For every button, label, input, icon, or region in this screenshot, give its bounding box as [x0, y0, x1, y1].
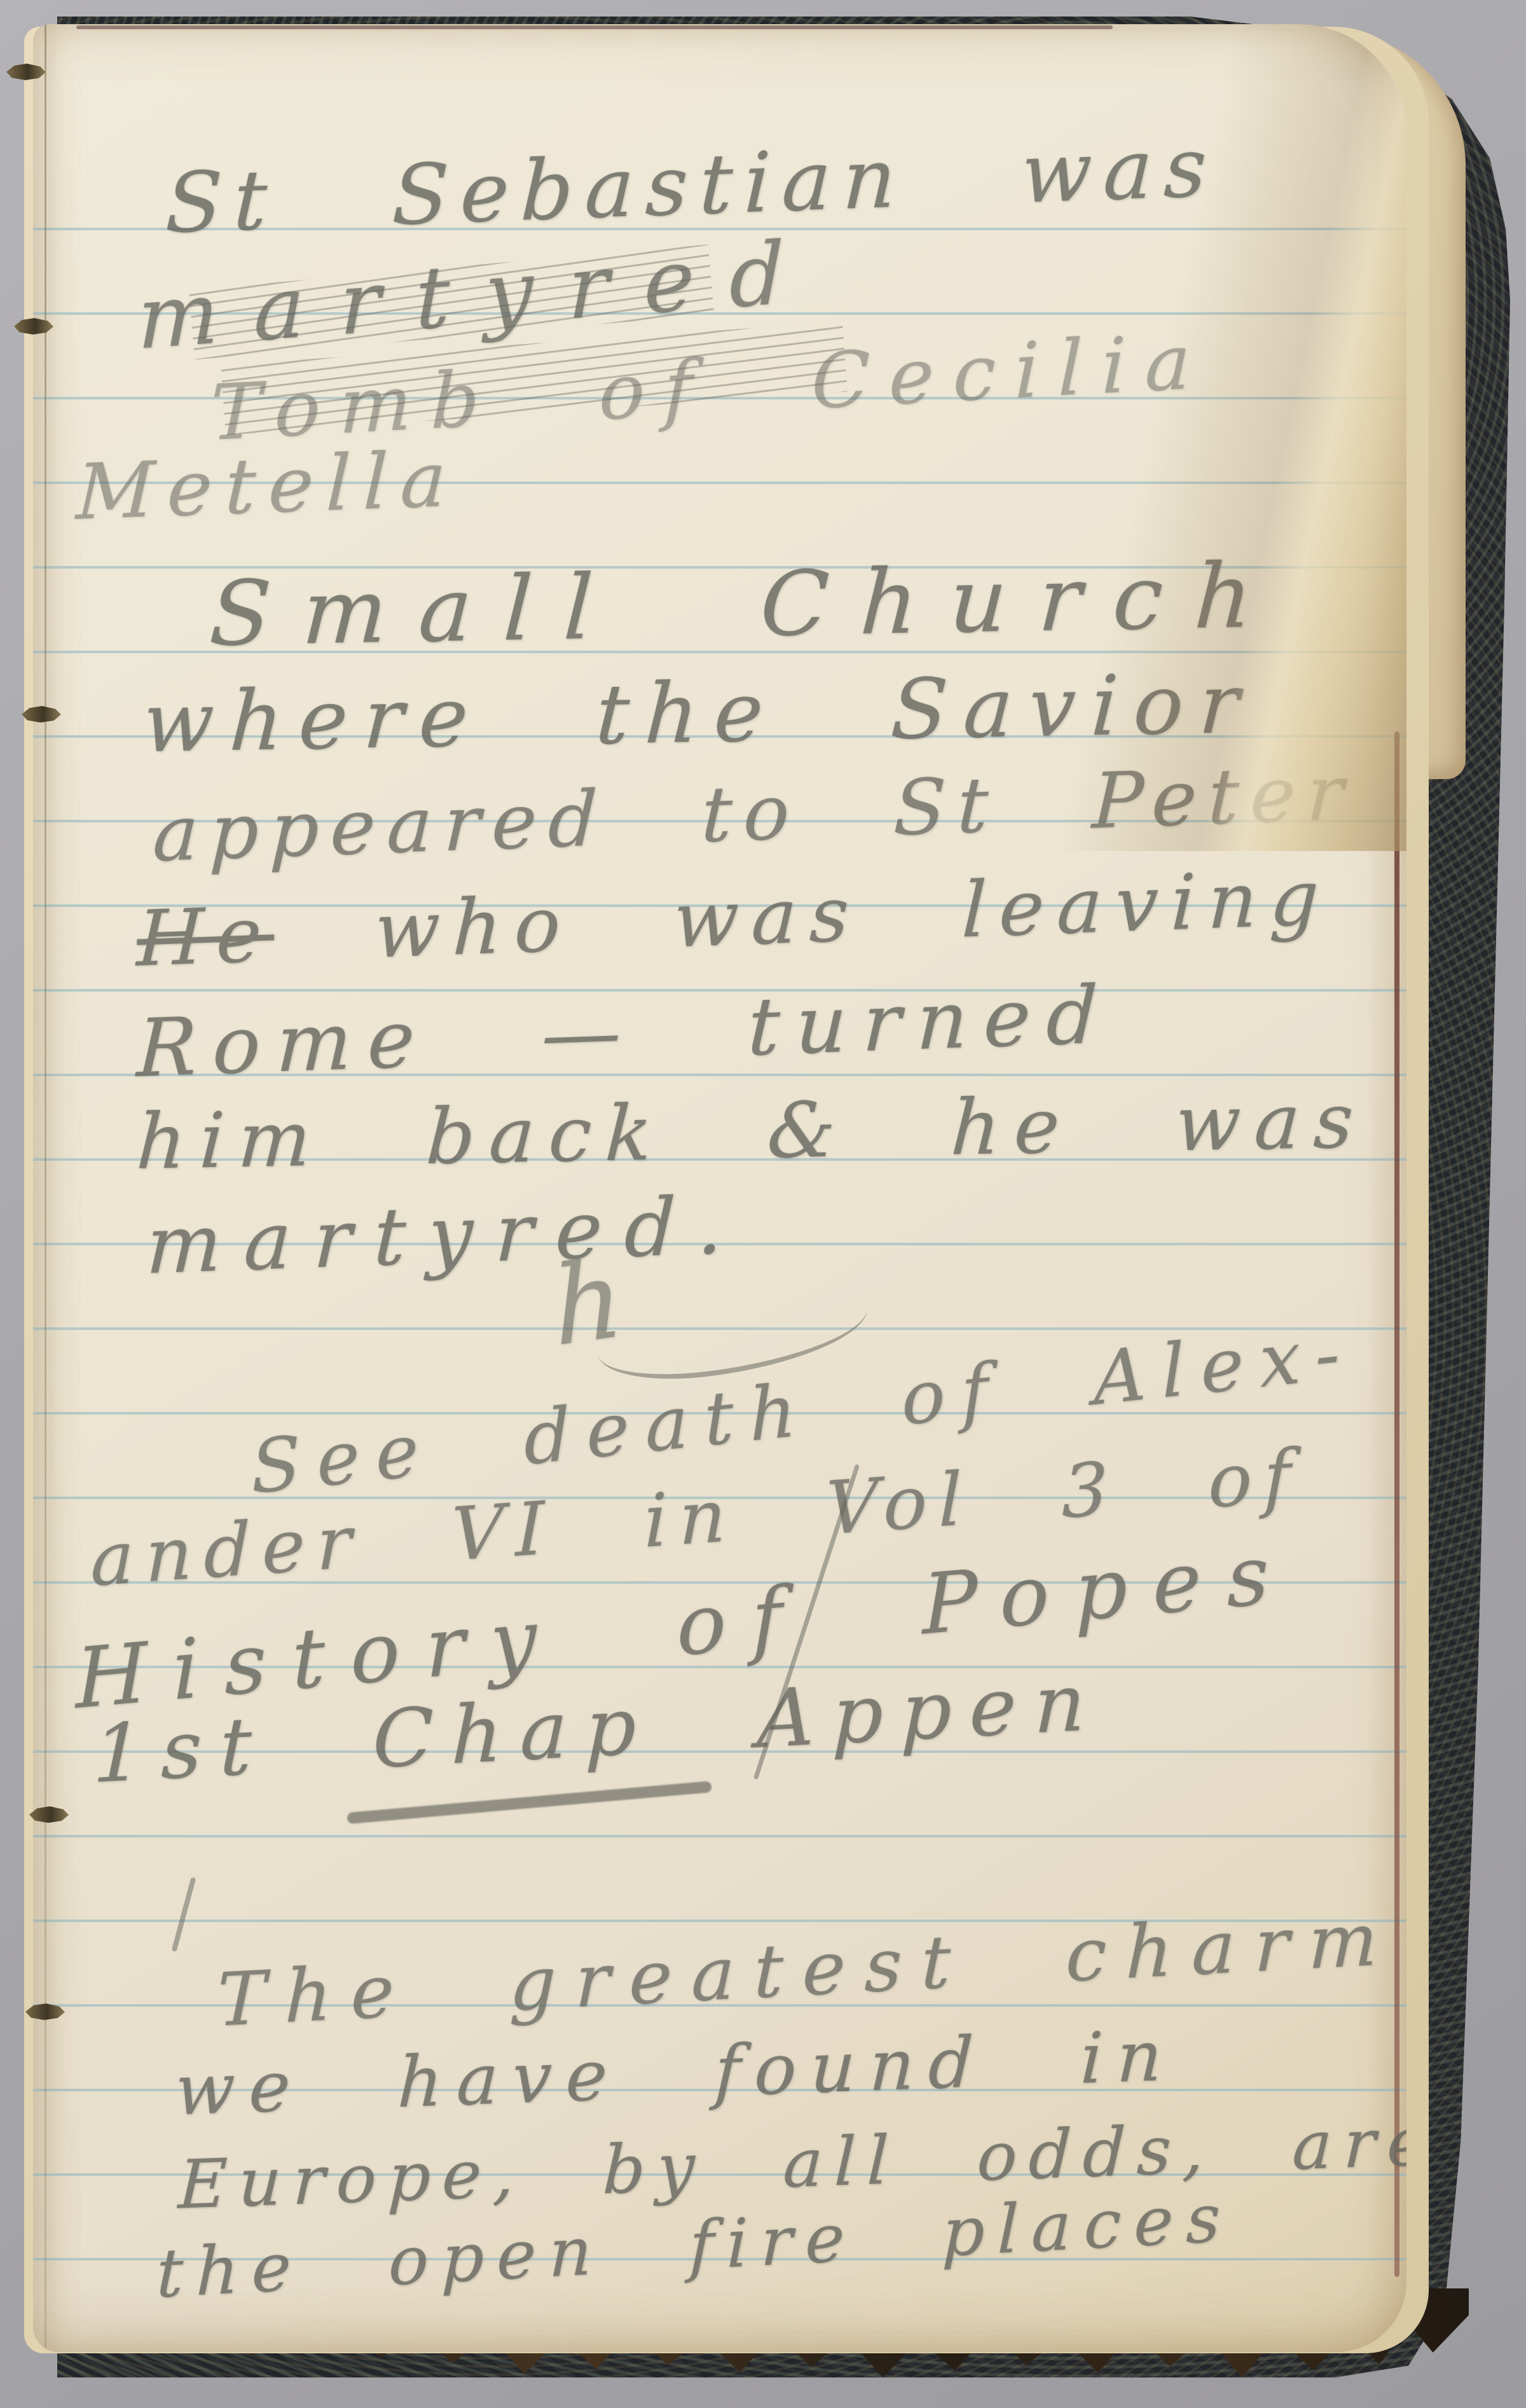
- handwritten-line-11: martyred.: [145, 1179, 747, 1292]
- handwritten-line-5: Small Church: [207, 544, 1286, 667]
- handwritten-word: who was leaving: [273, 854, 1333, 979]
- handwritten-line-9: Rome — turned: [135, 969, 1115, 1095]
- handwritten-word: He: [135, 890, 275, 984]
- notebook-page: St Sebastian wasmartyredTomb of CeciliaM…: [33, 24, 1406, 2352]
- handwritten-line-4: Metella: [75, 435, 460, 537]
- handwritten-line-12: h: [549, 1235, 627, 1371]
- underline-stroke: [347, 1781, 711, 1824]
- binding-crease: [45, 24, 46, 2352]
- edge-line-top: [76, 25, 1113, 29]
- slash: [172, 1877, 196, 1952]
- handwritten-line-17: The greatest charm: [216, 1896, 1398, 2044]
- handwritten-line-6: where the Savior: [141, 655, 1257, 772]
- handwritten-line-10: him back & he was: [135, 1077, 1370, 1187]
- edge-line-right: [1394, 731, 1399, 2277]
- ruled-line: [33, 1835, 1406, 1837]
- notebook-photo: St Sebastian wasmartyredTomb of CeciliaM…: [0, 0, 1526, 2408]
